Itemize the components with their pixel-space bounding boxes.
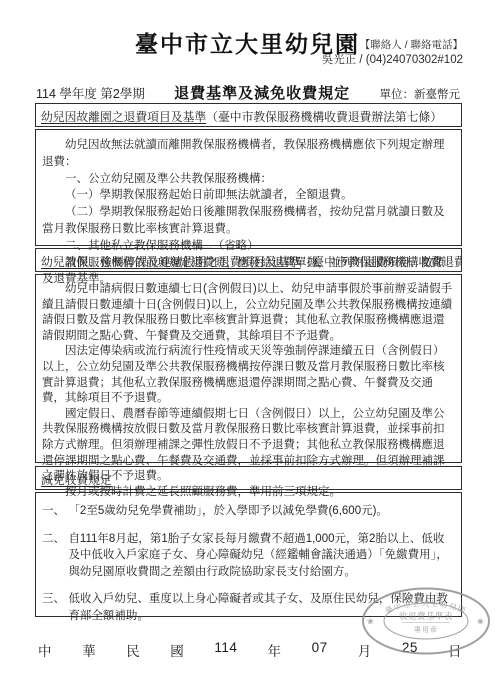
item-number: 一、 (42, 503, 68, 520)
seal-inner-line2: 專用章 (414, 625, 438, 634)
paragraph: 幼兒因故無法就讀而離開教保服務機構者，教保服務機構應依下列規定辦理退費： (42, 137, 455, 171)
list-item: 二、 自111年8月起，第1胎子女家長每月繳費不超過1,000元，第2胎以上、低… (42, 531, 455, 581)
section1-title-bar: 幼兒因故離園之退費項目及基準（臺中市教保服務機構收費退費辦法第七條） (35, 103, 462, 127)
paragraph: 幼兒申請病假日數連續七日(含例假日)以上、幼兒申請事假於事前辦妥請假手續且請假日… (42, 282, 455, 344)
paragraph: 因法定傳染病或流行病流行性疫情或天災等強制停課連續五日（含例假日）以上，公立幼兒… (42, 344, 455, 406)
date-char: 民 (126, 640, 140, 660)
date-day: 25 (402, 640, 418, 660)
item-text: 低收入戶幼兒、重度以上身心障礙者或其子女、及原住民幼兒，保險費由教育部全額補助。 (68, 591, 455, 624)
unit-label: 單位：新臺幣元 (380, 86, 461, 102)
date-month: 07 (312, 640, 328, 660)
date-char: 年 (268, 640, 282, 660)
date-char: 日 (448, 640, 462, 660)
meta-row: 114 學年度 第2學期 退費基準及減免收費規定 單位：新臺幣元 (36, 82, 460, 103)
date-char: 中 (38, 640, 52, 660)
item-number: 三、 (42, 591, 68, 624)
section1-title-note: （臺中市教保服務機構收費退費辦法第七條） (206, 110, 442, 124)
section1-content: 幼兒因故無法就讀而離開教保服務機構者，教保服務機構應依下列規定辦理退費： 一、公… (35, 129, 462, 246)
contact-value: 吳光正 / (04)24070302#102 (322, 53, 463, 68)
flower-icon: ❀ (477, 617, 484, 626)
date-year: 114 (214, 640, 237, 660)
doc-title: 退費基準及減免收費規定 (174, 82, 350, 103)
date-char: 華 (82, 640, 96, 660)
item-text: 自111年8月起，第1胎子女家長每月繳費不超過1,000元，第2胎以上、低收及中… (68, 531, 455, 581)
date-char: 月 (358, 640, 372, 660)
sections-container: 幼兒因故離園之退費項目及基準（臺中市教保服務機構收費退費辦法第七條） 幼兒因故無… (35, 103, 462, 617)
item-number: 二、 (42, 531, 68, 581)
semester-label: 114 學年度 第2學期 (36, 84, 145, 102)
date-char: 國 (170, 640, 184, 660)
section1-title: 幼兒因故離園之退費項目及基準 (41, 110, 206, 124)
section2-content: 幼兒申請病假日數連續七日(含例假日)以上、幼兒申請事假於事前辦妥請假手續且請假日… (35, 274, 462, 463)
section3-content: 一、 「2至5歲幼兒免學費補助」，於入學即予以減免學費(6,600元)。 二、 … (35, 492, 462, 617)
section3-title: 減免收費規定 (41, 473, 112, 487)
list-item: 一、 「2至5歲幼兒免學費補助」，於入學即予以減免學費(6,600元)。 (42, 503, 455, 520)
paragraph: （一）學期教保服務起始日前即無法就讀者，全額退費。 (42, 187, 455, 204)
item-text: 「2至5歲幼兒免學費補助」，於入學即予以減免學費(6,600元)。 (68, 503, 455, 520)
contact-label: 【聯絡人 / 聯絡電話】 (322, 38, 463, 53)
section2-title-note: （臺中市教保服務機構收費退費辦法第八條） (301, 255, 462, 269)
list-item: 三、 低收入戶幼兒、重度以上身心障礙者或其子女、及原住民幼兒，保險費由教育部全額… (42, 591, 455, 624)
contact-info: 【聯絡人 / 聯絡電話】 吳光正 / (04)24070302#102 (322, 38, 463, 68)
paragraph: 一、公立幼兒園及準公共教保服務機構： (42, 171, 455, 188)
section2-title: 幼兒請假、強制停課及連續假期之退費項目及基準 (41, 255, 301, 269)
paragraph: （二）學期教保服務起始日後離開教保服務機構者，按幼兒當月就讀日數及當月教保服務日… (42, 204, 455, 238)
document-page: { "header": { "org_name": "臺中市立大里幼兒園", "… (0, 0, 495, 700)
date-line: 中 華 民 國 114 年 07 月 25 日 (38, 640, 462, 660)
